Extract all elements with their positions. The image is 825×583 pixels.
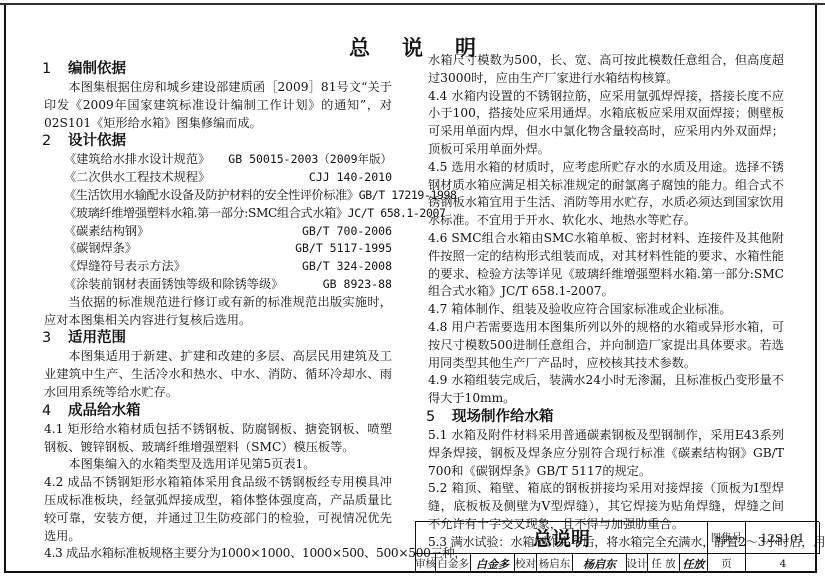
section-heading-4: 4成品给水箱: [42, 402, 392, 421]
clause-4-3-start: 4.3 成品水箱标准板规格主要分为1000×1000、1000×500、500×…: [44, 545, 392, 563]
reference-item: 《涂装前钢材表面锈蚀等级和除锈等级》GB 8923-88: [44, 276, 392, 294]
title-block: 总说明 图集号 12S101 审核 白金多 白金多 校对 杨启东 杨启东 设计 …: [415, 521, 819, 573]
section-2-note: 当依据的标准规范进行修订或有新的标准规范出版实施时，应对本图集相关内容进行复核后…: [44, 294, 392, 330]
section-heading-2: 2设计依据: [42, 132, 392, 151]
section-heading-5: 5现场制作给水箱: [426, 408, 784, 427]
review-label: 审核: [416, 554, 436, 573]
reference-item: 《二次供水工程技术规程》CJJ 140-2010: [44, 169, 392, 187]
clause-4-6: 4.6 SMC组合水箱由SMC水箱单板、密封材料、连接件及其他附件按照一定的结构…: [428, 230, 784, 301]
reference-list: 《建筑给水排水设计规范》GB 50015-2003（2009年版） 《二次供水工…: [44, 151, 392, 293]
reviewer-name: 白金多: [436, 554, 471, 573]
drawing-title: 总说明: [416, 522, 708, 554]
reference-item: 《生活饮用水输配水设备及防护材料的安全性评价标准》GB/T 17219-1998: [44, 187, 392, 205]
clause-4-9: 4.9 水箱组装完成后，装满水24小时无渗漏，且标准板凸变形量不得大于10mm。: [428, 372, 784, 408]
checker-signature: 杨启东: [573, 554, 627, 573]
reference-item: 《碳钢焊条》GB/T 5117-1995: [44, 240, 392, 258]
reviewer-signature: 白金多: [471, 554, 515, 573]
atlas-number: 12S101: [746, 522, 820, 554]
clause-4-8: 4.8 用户若需要选用本图集所列以外的规格的水箱或异形水箱，可按尺寸模数500进…: [428, 319, 784, 372]
clause-4-7: 4.7 箱体制作、组装及验收应符合国家标准或企业标准。: [428, 301, 784, 319]
atlas-number-label: 图集号: [708, 522, 746, 554]
clause-4-1: 4.1 矩形给水箱材质包括不锈钢板、防腐钢板、搪瓷钢板、喷塑钢板、镀锌钢板、玻璃…: [44, 421, 392, 457]
clause-4-1-note: 本图集编入的水箱类型及选用详见第5页表1。: [44, 456, 392, 474]
design-label: 设计: [627, 554, 648, 573]
reference-item: 《建筑给水排水设计规范》GB 50015-2003（2009年版）: [44, 151, 392, 169]
right-column: 水箱尺寸模数为500，长、宽、高可按此模数任意组合，但高度超过3000时，应由生…: [428, 52, 784, 552]
reference-item: 《玻璃纤维增强塑料水箱.第一部分:SMC组合式水箱》JC/T 658.1-200…: [44, 205, 392, 223]
designer-name: 任 放: [648, 554, 680, 573]
clause-4-4: 4.4 水箱内设置的不锈钢拉筋，应采用氩弧焊焊接，搭接长度不应小于100，搭接处…: [428, 88, 784, 159]
clause-4-5: 4.5 选用水箱的材质时，应考虑所贮存水的水质及用途。选择不锈钢材质水箱应满足相…: [428, 159, 784, 230]
reference-item: 《焊缝符号表示方法》GB/T 324-2008: [44, 258, 392, 276]
checker-name: 杨启东: [537, 554, 573, 573]
section-1-paragraph: 本图集根据住房和城乡建设部建质函［2009］81号文“关于印发《2009年国家建…: [44, 79, 392, 132]
page-number: 4: [746, 554, 820, 573]
left-column: 1编制依据 本图集根据住房和城乡建设部建质函［2009］81号文“关于印发《20…: [44, 60, 392, 563]
check-label: 校对: [515, 554, 537, 573]
clause-5-1: 5.1 水箱及附件材料采用普通碳素钢板及型钢制作，采用E43系列焊条焊接，钢板及…: [428, 427, 784, 480]
section-heading-3: 3适用范围: [42, 329, 392, 348]
section-3-paragraph: 本图集适用于新建、扩建和改建的多层、高层民用建筑及工业建筑中生产、生活冷水和热水…: [44, 348, 392, 401]
clause-4-3-continued: 水箱尺寸模数为500，长、宽、高可按此模数任意组合，但高度超过3000时，应由生…: [428, 52, 784, 88]
page-label: 页: [708, 554, 746, 573]
clause-4-2: 4.2 成品不锈钢矩形水箱箱体采用食品级不锈钢板经专用模具冲压成标准板块，经氩弧…: [44, 474, 392, 545]
designer-signature: 任放: [680, 554, 708, 573]
section-heading-1: 1编制依据: [42, 60, 392, 79]
reference-item: 《碳素结构钢》GB/T 700-2006: [44, 223, 392, 241]
